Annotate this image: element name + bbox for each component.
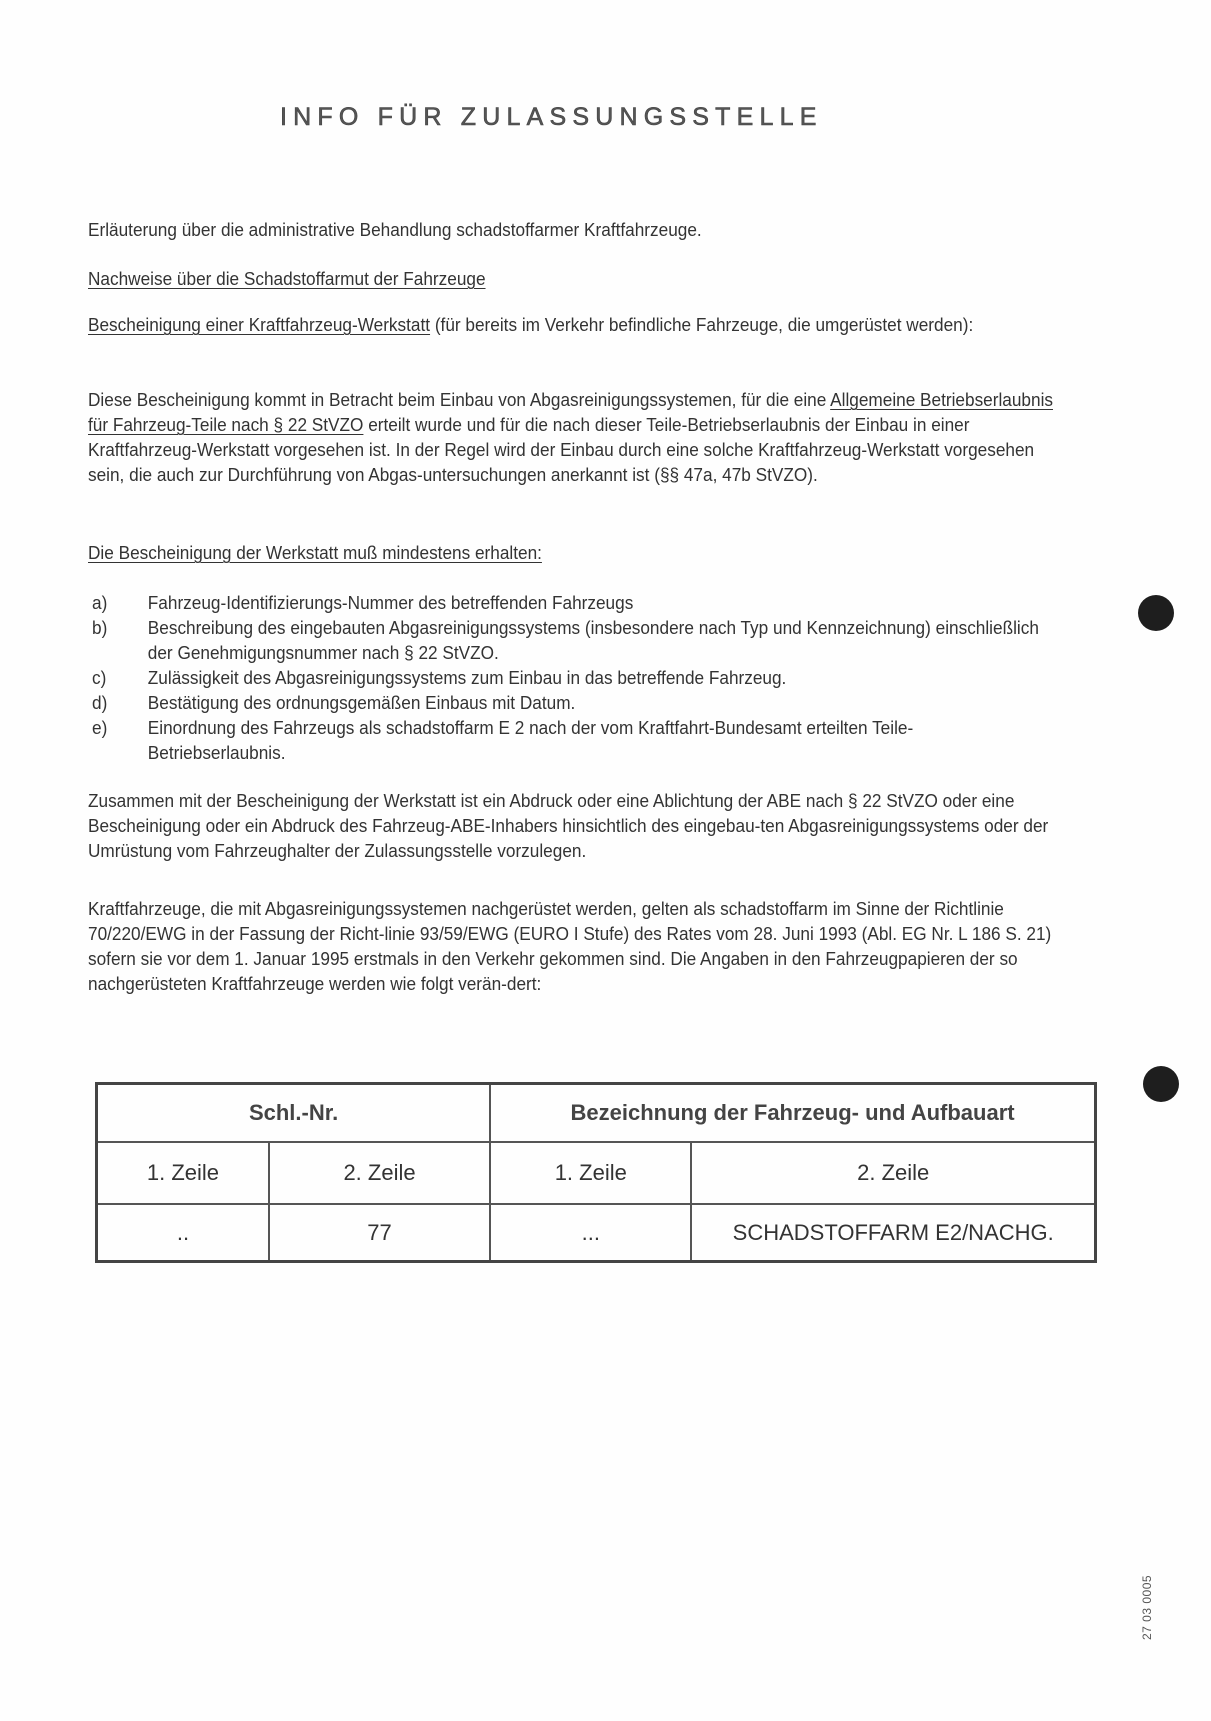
list-marker: e): [92, 715, 107, 740]
table-group-header-row: Schl.-Nr. Bezeichnung der Fahrzeug- und …: [97, 1084, 1096, 1143]
list-item-text: Fahrzeug-Identifizierungs-Nummer des bet…: [148, 592, 634, 613]
document-number: 27 03 0005: [1140, 1575, 1154, 1640]
heading-bescheinigung-underlined: Bescheinigung einer Kraftfahrzeug-Werkst…: [88, 314, 430, 335]
list-marker: b): [92, 615, 107, 640]
requirements-list: a)Fahrzeug-Identifizierungs-Nummer des b…: [92, 590, 1041, 765]
table-sub-header: 2. Zeile: [269, 1142, 490, 1204]
document-title: INFO FÜR ZULASSUNGSSTELLE: [280, 103, 823, 132]
list-item-text: Einordnung des Fahrzeugs als schadstoffa…: [148, 717, 913, 763]
list-marker: c): [92, 665, 106, 690]
requirements-heading: Die Bescheinigung der Werkstatt muß mind…: [88, 540, 1018, 565]
table-row: .. 77 ... SCHADSTOFFARM E2/NACHG.: [97, 1204, 1096, 1262]
table-header-bezeichnung: Bezeichnung der Fahrzeug- und Aufbauart: [490, 1084, 1095, 1143]
table-sub-header: 1. Zeile: [490, 1142, 691, 1204]
list-item-text: Bestätigung des ordnungsgemäßen Einbaus …: [148, 692, 576, 713]
list-item: b)Beschreibung des eingebauten Abgasrein…: [92, 615, 1041, 665]
heading-bescheinigung-rest: (für bereits im Verkehr befindliche Fahr…: [430, 314, 973, 335]
table-sub-header: 1. Zeile: [97, 1142, 269, 1204]
paragraph-nachruestung: Kraftfahrzeuge, die mit Abgasreinigungss…: [88, 896, 1074, 996]
table-cell: 77: [269, 1204, 490, 1262]
list-marker: d): [92, 690, 107, 715]
intro-text: Erläuterung über die administrative Beha…: [88, 217, 1018, 242]
table-sub-header: 2. Zeile: [691, 1142, 1095, 1204]
table-cell: ...: [490, 1204, 691, 1262]
punch-hole-mark-icon: [1138, 595, 1174, 631]
list-item-text: Beschreibung des eingebauten Abgasreinig…: [148, 617, 1039, 663]
punch-hole-mark-icon: [1143, 1066, 1179, 1102]
vehicle-code-table: Schl.-Nr. Bezeichnung der Fahrzeug- und …: [95, 1082, 1097, 1263]
list-marker: a): [92, 590, 107, 615]
table-cell: SCHADSTOFFARM E2/NACHG.: [691, 1204, 1095, 1262]
list-item: e)Einordnung des Fahrzeugs als schadstof…: [92, 715, 1041, 765]
paragraph-abe: Zusammen mit der Bescheinigung der Werks…: [88, 788, 1074, 863]
table-cell: ..: [97, 1204, 269, 1262]
section-heading-bescheinigung: Bescheinigung einer Kraftfahrzeug-Werkst…: [88, 312, 1074, 337]
paragraph-bescheinigung: Diese Bescheinigung kommt in Betracht be…: [88, 387, 1074, 487]
list-item: c)Zulässigkeit des Abgasreinigungssystem…: [92, 665, 1041, 690]
table-header-schl-nr: Schl.-Nr.: [97, 1084, 491, 1143]
list-item: d)Bestätigung des ordnungsgemäßen Einbau…: [92, 690, 1041, 715]
list-item: a)Fahrzeug-Identifizierungs-Nummer des b…: [92, 590, 1041, 615]
section-heading-nachweise: Nachweise über die Schadstoffarmut der F…: [88, 266, 1018, 291]
table-sub-header-row: 1. Zeile 2. Zeile 1. Zeile 2. Zeile: [97, 1142, 1096, 1204]
document-page: INFO FÜR ZULASSUNGSSTELLE Erläuterung üb…: [0, 0, 1211, 1721]
paragraph-1-part-1: Diese Bescheinigung kommt in Betracht be…: [88, 389, 830, 410]
list-item-text: Zulässigkeit des Abgasreinigungssystems …: [148, 667, 787, 688]
